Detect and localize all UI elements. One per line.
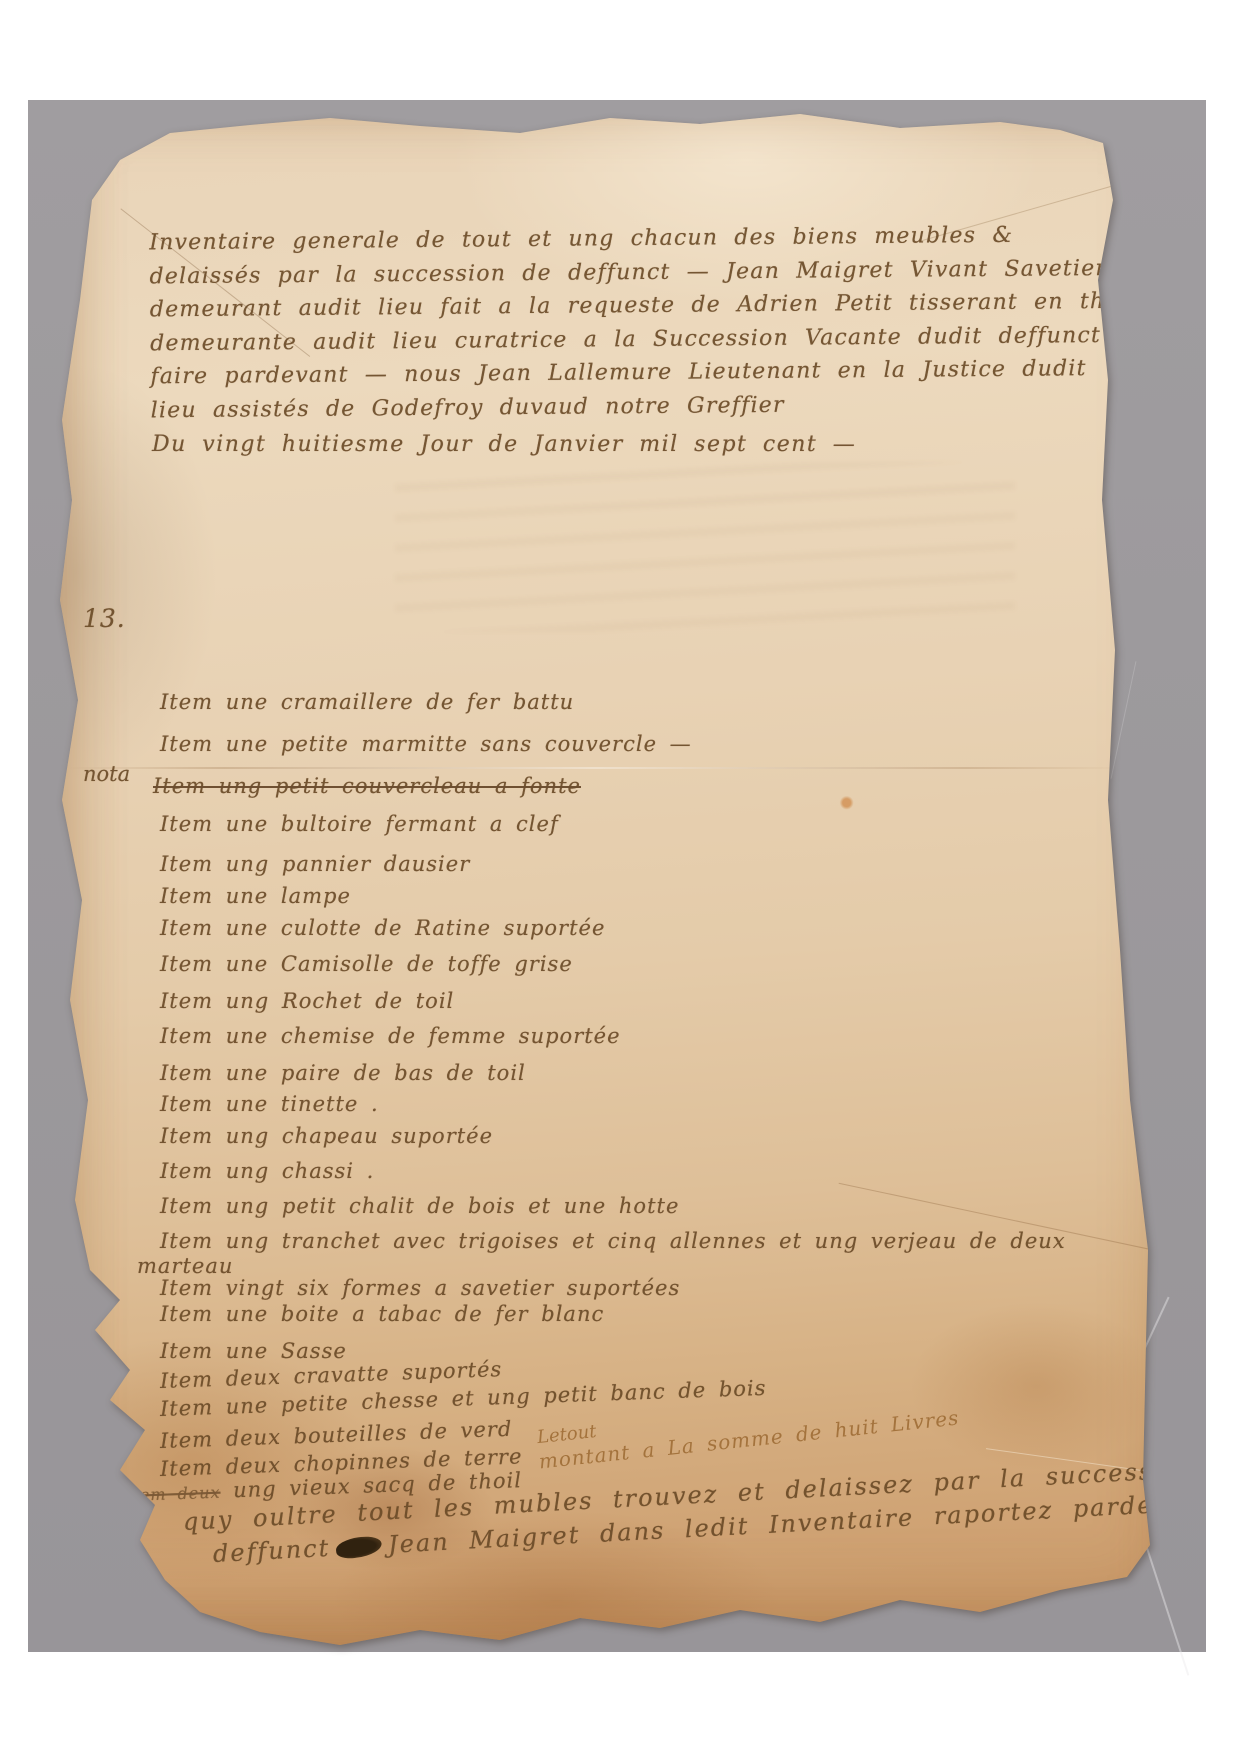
opening-paragraph: Inventaire generale de tout et ung chacu… bbox=[149, 218, 1141, 428]
inventory-item-line: Item une bultoire fermant a clef bbox=[160, 812, 559, 836]
inventory-item-line: Item une boite a tabac de fer blanc bbox=[160, 1302, 604, 1326]
paper-crease bbox=[65, 767, 1125, 769]
inventory-item-line: Item ung chapeau suportée bbox=[160, 1124, 493, 1148]
inventory-item-line: Item ung chassi . bbox=[160, 1159, 374, 1183]
struck-prefix: Item deux bbox=[125, 1483, 221, 1505]
inventory-item-line: Item une petite marmitte sans couvercle … bbox=[160, 732, 692, 756]
sum-annotation: montant a La somme de huit Livres bbox=[537, 1405, 960, 1473]
inventory-item-line-struck: Item ung petit couvercleau a fonte bbox=[153, 774, 581, 798]
inventory-item-line: Item une tinette . bbox=[160, 1092, 379, 1116]
inventory-item-line: Item ung petit chalit de bois et une hot… bbox=[160, 1194, 679, 1218]
inventory-item-line: Item une Camisolle de toffe grise bbox=[160, 952, 573, 976]
inventory-item-line: Item ung tranchet avec trigoises et cinq… bbox=[160, 1229, 1066, 1253]
manuscript-paper: Inventaire generale de tout et ung chacu… bbox=[55, 112, 1170, 1647]
inventory-item-line: Item une Sasse bbox=[160, 1339, 347, 1363]
scanned-document-page: Inventaire generale de tout et ung chacu… bbox=[0, 0, 1239, 1754]
inventory-item-continuation: marteau bbox=[137, 1254, 233, 1278]
inventory-item-line: Item ung Rochet de toil bbox=[160, 989, 454, 1013]
inventory-item-line: Item une cramaillere de fer battu bbox=[160, 690, 574, 714]
page-number: 13. bbox=[83, 604, 126, 633]
ink-showthrough bbox=[395, 462, 1015, 632]
margin-note-nota: nota bbox=[83, 762, 130, 786]
scanner-background: Inventaire generale de tout et ung chacu… bbox=[28, 100, 1206, 1652]
inventory-item-line: Item vingt six formes a savetier suporté… bbox=[160, 1276, 680, 1300]
paper-shadow: Inventaire generale de tout et ung chacu… bbox=[55, 112, 1170, 1647]
ink-blot bbox=[335, 1535, 383, 1560]
inventory-item-line: Item une paire de bas de toil bbox=[160, 1061, 526, 1085]
inventory-item-line: Item une chemise de femme suportée bbox=[160, 1024, 621, 1048]
date-line: Du vingt huitiesme Jour de Janvier mil s… bbox=[152, 432, 856, 457]
inventory-item-line: Item ung pannier dausier bbox=[160, 852, 470, 876]
inventory-item-line: Item une culotte de Ratine suportée bbox=[160, 916, 605, 940]
inventory-item-line: Item une lampe bbox=[160, 884, 351, 908]
closing-text: deffunct bbox=[212, 1534, 331, 1568]
